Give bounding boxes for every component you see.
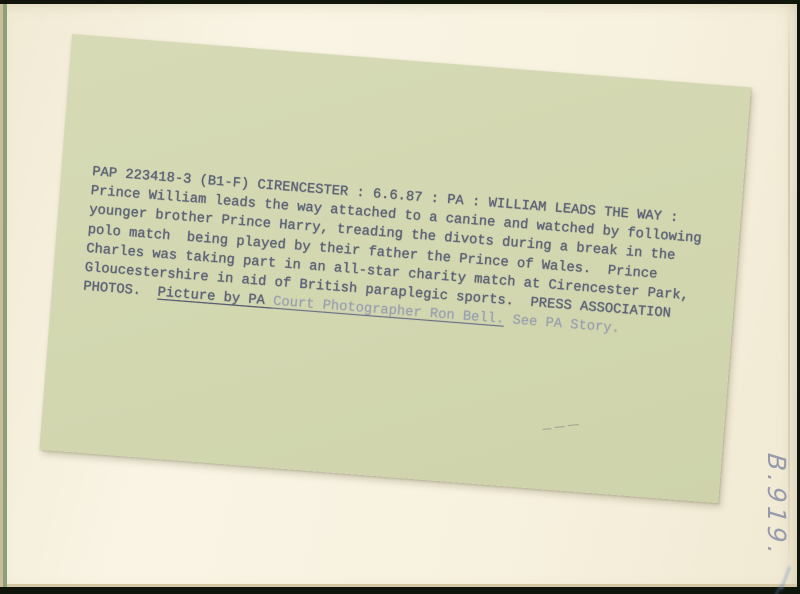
handwritten-reference-number: B.919. (762, 452, 791, 560)
pencil-marks (542, 418, 583, 435)
caption-sheet: PAP 223418-3 (B1-F) CIRENCESTER : 6.6.87… (39, 34, 751, 503)
left-edge-green-strip (3, 4, 7, 587)
photos-label: PHOTOS. (83, 280, 158, 301)
typewritten-caption: PAP 223418-3 (B1-F) CIRENCESTER : 6.6.87… (82, 163, 703, 345)
photo-verso-scan: PAP 223418-3 (B1-F) CIRENCESTER : 6.6.87… (0, 0, 800, 594)
